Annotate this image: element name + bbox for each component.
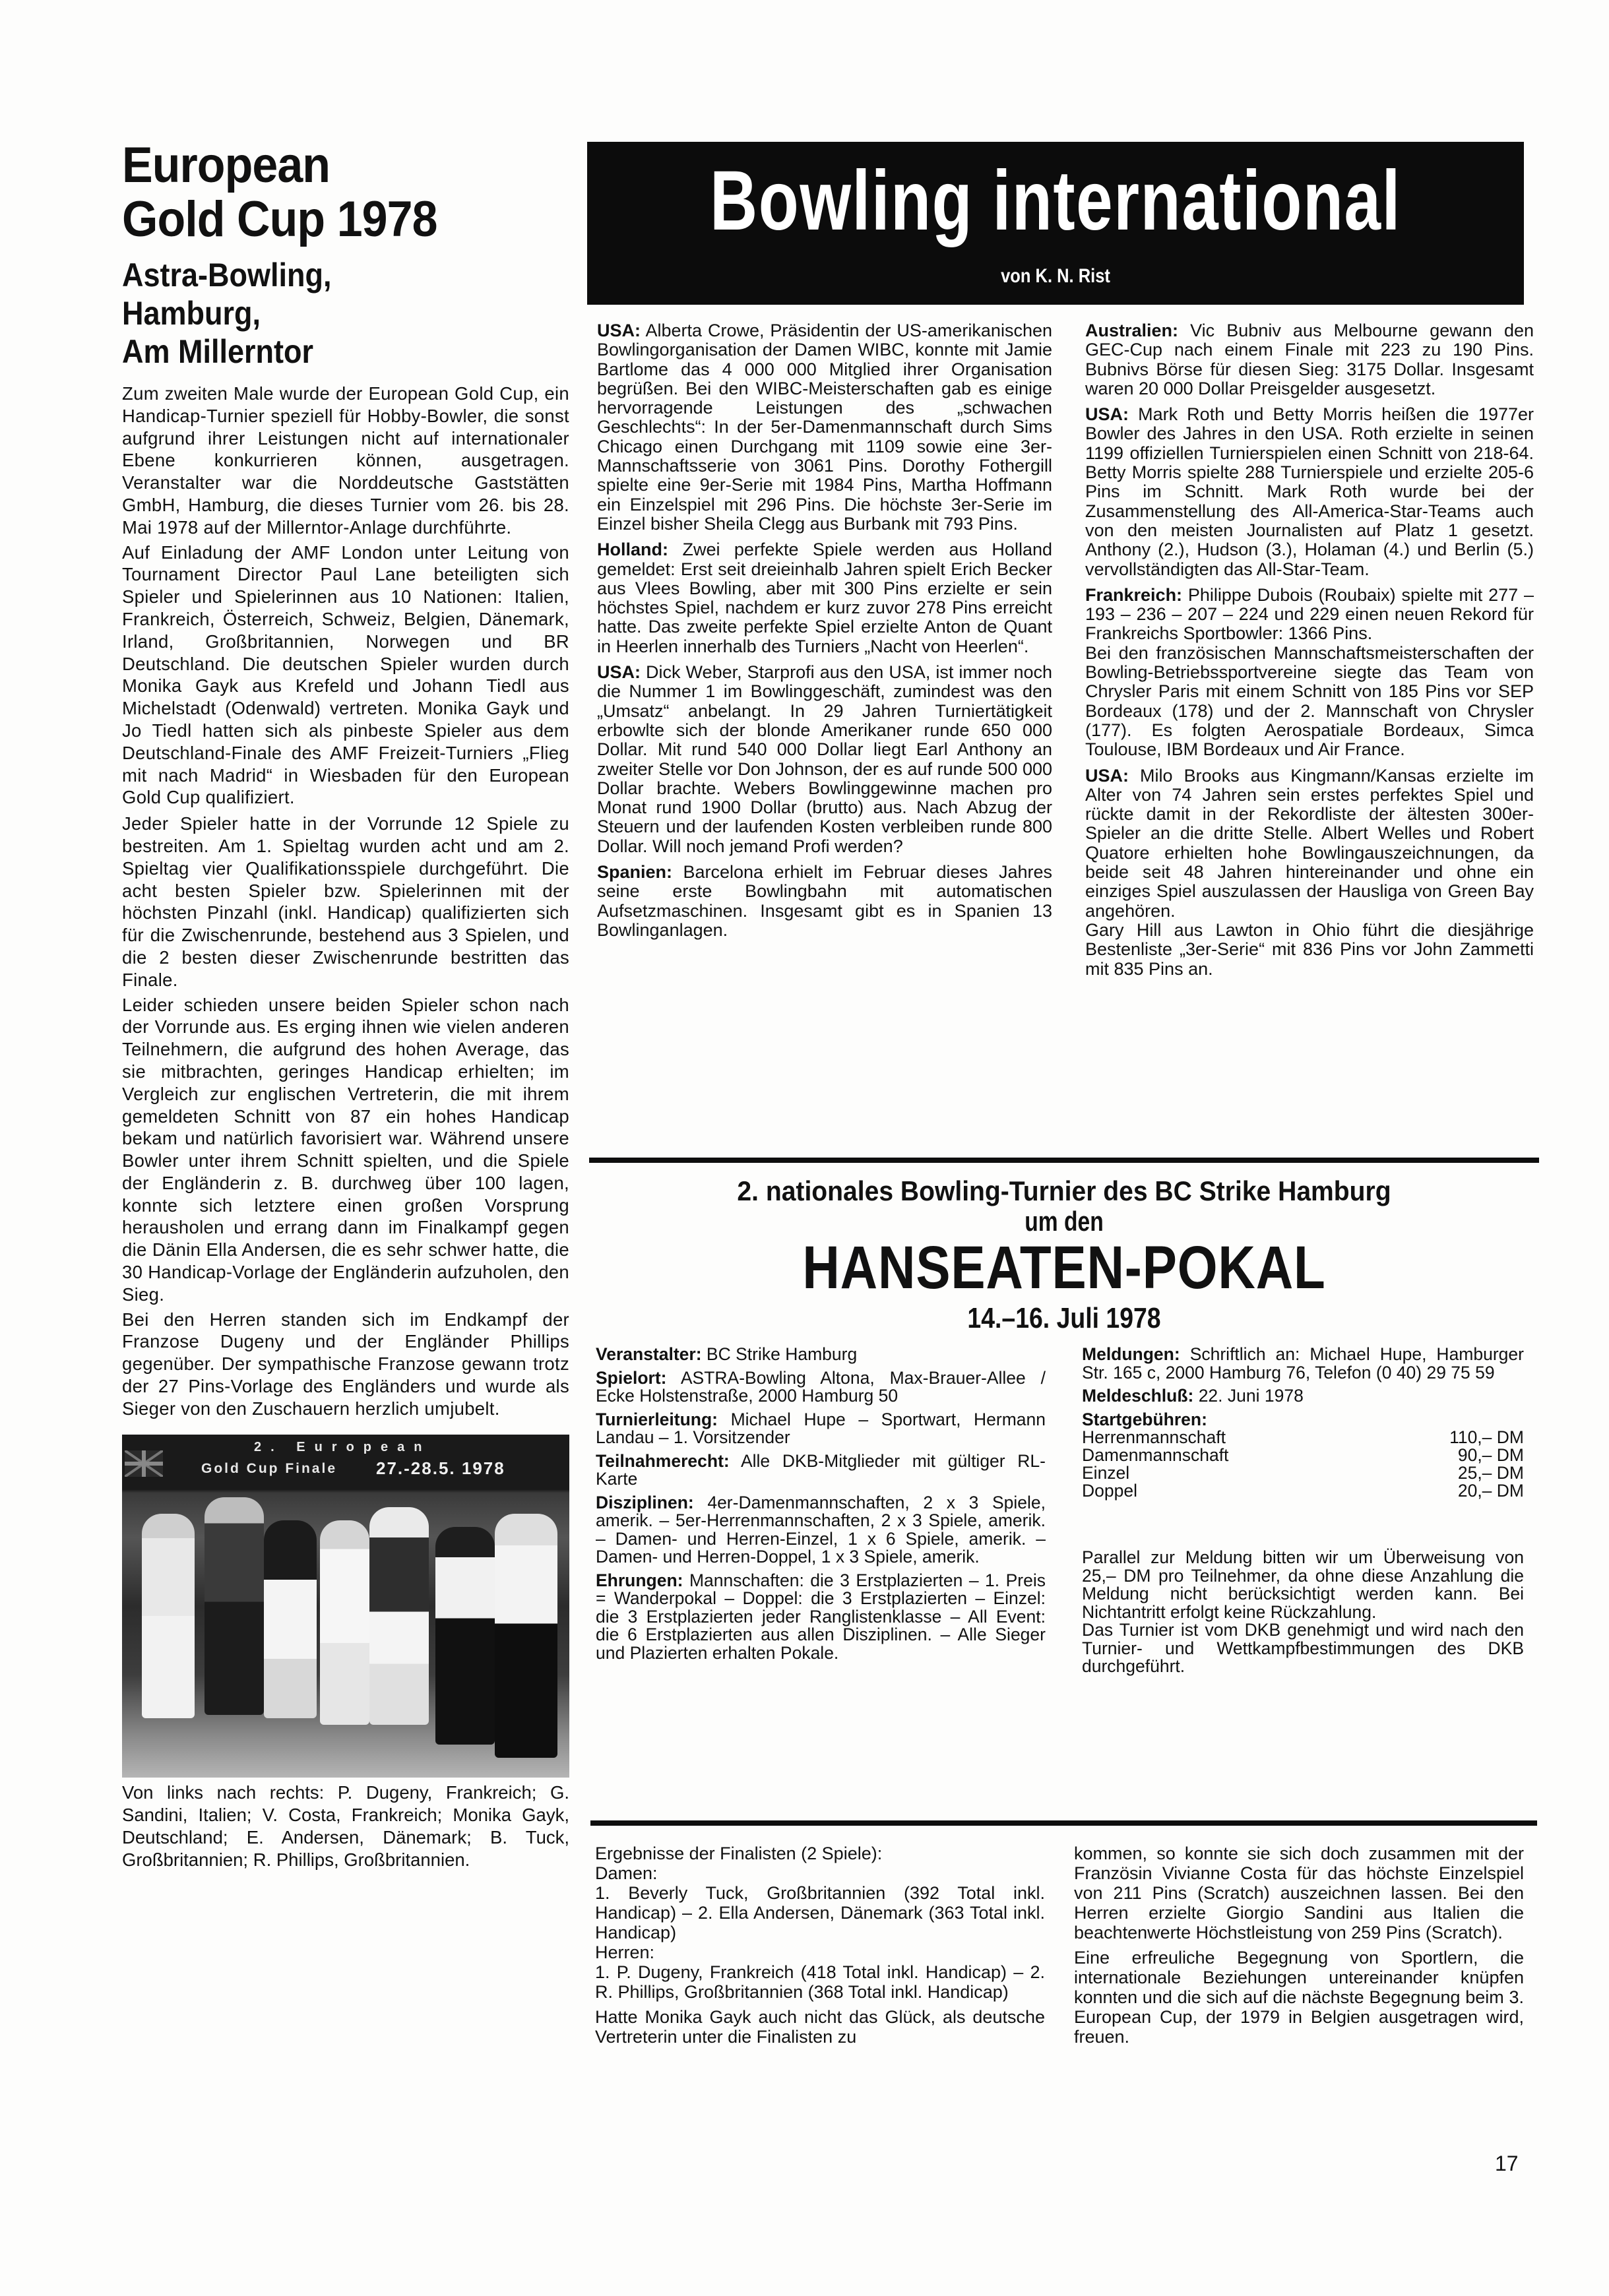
fee-row: Herrenmannschaft110,– DM xyxy=(1082,1429,1524,1446)
photo-banner-date: 27.-28.5. 1978 xyxy=(376,1458,505,1479)
results-heading: Ergebnisse der Finalisten (2 Spiele): xyxy=(595,1844,1045,1863)
news-column-a: USA: Alberta Crowe, Präsidentin der US-a… xyxy=(597,321,1052,946)
paragraph: Hatte Monika Gayk auch nicht das Glück, … xyxy=(595,2007,1045,2047)
country-label: USA: xyxy=(1085,404,1129,424)
finalist-results: Ergebnisse der Finalisten (2 Spiele): Da… xyxy=(595,1844,1045,2052)
paragraph: Zum zweiten Male wurde der European Gold… xyxy=(122,383,569,539)
detail-item: Teilnahmerecht: Alle DKB-Mitglieder mit … xyxy=(596,1452,1046,1489)
paragraph: Bei den Herren standen sich im Endkampf … xyxy=(122,1309,569,1420)
fee-row: Damenmannschaft90,– DM xyxy=(1082,1446,1524,1464)
damen-label: Damen: xyxy=(595,1863,1045,1883)
news-item: Spanien: Barcelona erhielt im Februar di… xyxy=(597,863,1052,940)
bowling-international-header: Bowling international von K. N. Rist xyxy=(587,142,1524,305)
news-item: USA: Alberta Crowe, Präsidentin der US-a… xyxy=(597,321,1052,534)
paragraph: kommen, so konnte sie sich doch zusammen… xyxy=(1074,1844,1524,1942)
tournament-details: Veranstalter: BC Strike Hamburg Spielort… xyxy=(596,1346,1046,1667)
article-body: Zum zweiten Male wurde der European Gold… xyxy=(122,383,569,1420)
country-label: Australien: xyxy=(1085,321,1178,340)
fees-label: Startgebühren: xyxy=(1082,1411,1524,1429)
herren-results: 1. P. Dugeny, Frankreich (418 Total inkl… xyxy=(595,1962,1045,2002)
paragraph: Eine erfreuliche Begegnung von Sportlern… xyxy=(1074,1948,1524,2047)
divider xyxy=(590,1820,1537,1826)
approval-note: Das Turnier ist vom DKB genehmigt und wi… xyxy=(1082,1621,1524,1676)
tournament-dates: 14.–16. Juli 1978 xyxy=(660,1301,1468,1336)
photo-banner-line2: Gold Cup Finale xyxy=(201,1461,337,1477)
damen-results: 1. Beverly Tuck, Großbritannien (392 Tot… xyxy=(595,1883,1045,1942)
article-subtitle-line3: Am Millerntor xyxy=(122,332,524,371)
country-label: USA: xyxy=(597,321,641,340)
detail-item: Spielort: ASTRA-Bowling Altona, Max-Brau… xyxy=(596,1369,1046,1406)
fees-table: Startgebühren: Herrenmannschaft110,– DM … xyxy=(1082,1411,1524,1501)
flag-icon xyxy=(125,1450,163,1477)
news-item: Frankreich: Philippe Dubois (Roubaix) sp… xyxy=(1085,586,1534,760)
fee-row: Einzel25,– DM xyxy=(1082,1464,1524,1482)
meldungen: Meldungen: Schriftlich an: Michael Hupe,… xyxy=(1082,1346,1524,1382)
results-continued: kommen, so konnte sie sich doch zusammen… xyxy=(1074,1844,1524,2052)
meldeschluss: Meldeschluß: 22. Juni 1978 xyxy=(1082,1387,1524,1406)
tournament-connector: um den xyxy=(684,1208,1444,1235)
payment-note: Parallel zur Meldung bitten wir um Überw… xyxy=(1082,1549,1524,1621)
detail-item: Disziplinen: 4er-Damenmannschaften, 2 x … xyxy=(596,1494,1046,1567)
article-subtitle-line2: Hamburg, xyxy=(122,294,524,332)
photo-caption: Von links nach rechts: P. Dugeny, Frankr… xyxy=(122,1782,569,1871)
news-item: USA: Dick Weber, Starprofi aus den USA, … xyxy=(597,663,1052,856)
detail-item: Veranstalter: BC Strike Hamburg xyxy=(596,1346,1046,1364)
news-item: Holland: Zwei perfekte Spiele werden aus… xyxy=(597,540,1052,656)
award-ceremony-photo: 2. European Gold Cup Finale 27.-28.5. 19… xyxy=(122,1435,569,1778)
article-subtitle-line1: Astra-Bowling, xyxy=(122,256,524,294)
country-label: USA: xyxy=(597,662,641,682)
news-item: USA: Milo Brooks aus Kingmann/Kansas erz… xyxy=(1085,766,1534,979)
hanseaten-pokal-header: 2. nationales Bowling-Turnier des BC Str… xyxy=(589,1174,1539,1336)
herren-label: Herren: xyxy=(595,1942,1045,1962)
paragraph: Leider schieden unsere beiden Spieler sc… xyxy=(122,994,569,1306)
byline: von K. N. Rist xyxy=(658,265,1454,288)
article-title-line2: Gold Cup 1978 xyxy=(122,193,534,247)
paragraph: Auf Einladung der AMF London unter Leitu… xyxy=(122,542,569,809)
news-column-b: Australien: Vic Bubniv aus Melbourne gew… xyxy=(1085,321,1534,985)
gold-cup-article: European Gold Cup 1978 Astra-Bowling, Ha… xyxy=(122,139,569,1871)
country-label: Frankreich: xyxy=(1085,585,1182,605)
country-label: Holland: xyxy=(597,540,668,559)
article-title-line1: European xyxy=(122,139,534,193)
country-label: Spanien: xyxy=(597,862,672,882)
divider xyxy=(589,1158,1539,1163)
paragraph: Jeder Spieler hatte in der Vorrunde 12 S… xyxy=(122,813,569,991)
detail-item: Ehrungen: Mannschaften: die 3 Erstplazie… xyxy=(596,1572,1046,1663)
country-label: USA: xyxy=(1085,766,1129,786)
news-item: USA: Mark Roth und Betty Morris heißen d… xyxy=(1085,405,1534,579)
photo-banner-line1: 2. European xyxy=(254,1440,431,1455)
news-item: Australien: Vic Bubniv aus Melbourne gew… xyxy=(1085,321,1534,398)
fee-row: Doppel20,– DM xyxy=(1082,1482,1524,1500)
section-title: Bowling international xyxy=(690,155,1421,247)
page-number: 17 xyxy=(1495,2152,1519,2176)
detail-item: Turnierleitung: Michael Hupe – Sportwart… xyxy=(596,1411,1046,1447)
tournament-title: HANSEATEN-POKAL xyxy=(660,1235,1468,1301)
tournament-subtitle: 2. nationales Bowling-Turnier des BC Str… xyxy=(622,1174,1505,1208)
registration-details: Meldungen: Schriftlich an: Michael Hupe,… xyxy=(1082,1346,1524,1681)
